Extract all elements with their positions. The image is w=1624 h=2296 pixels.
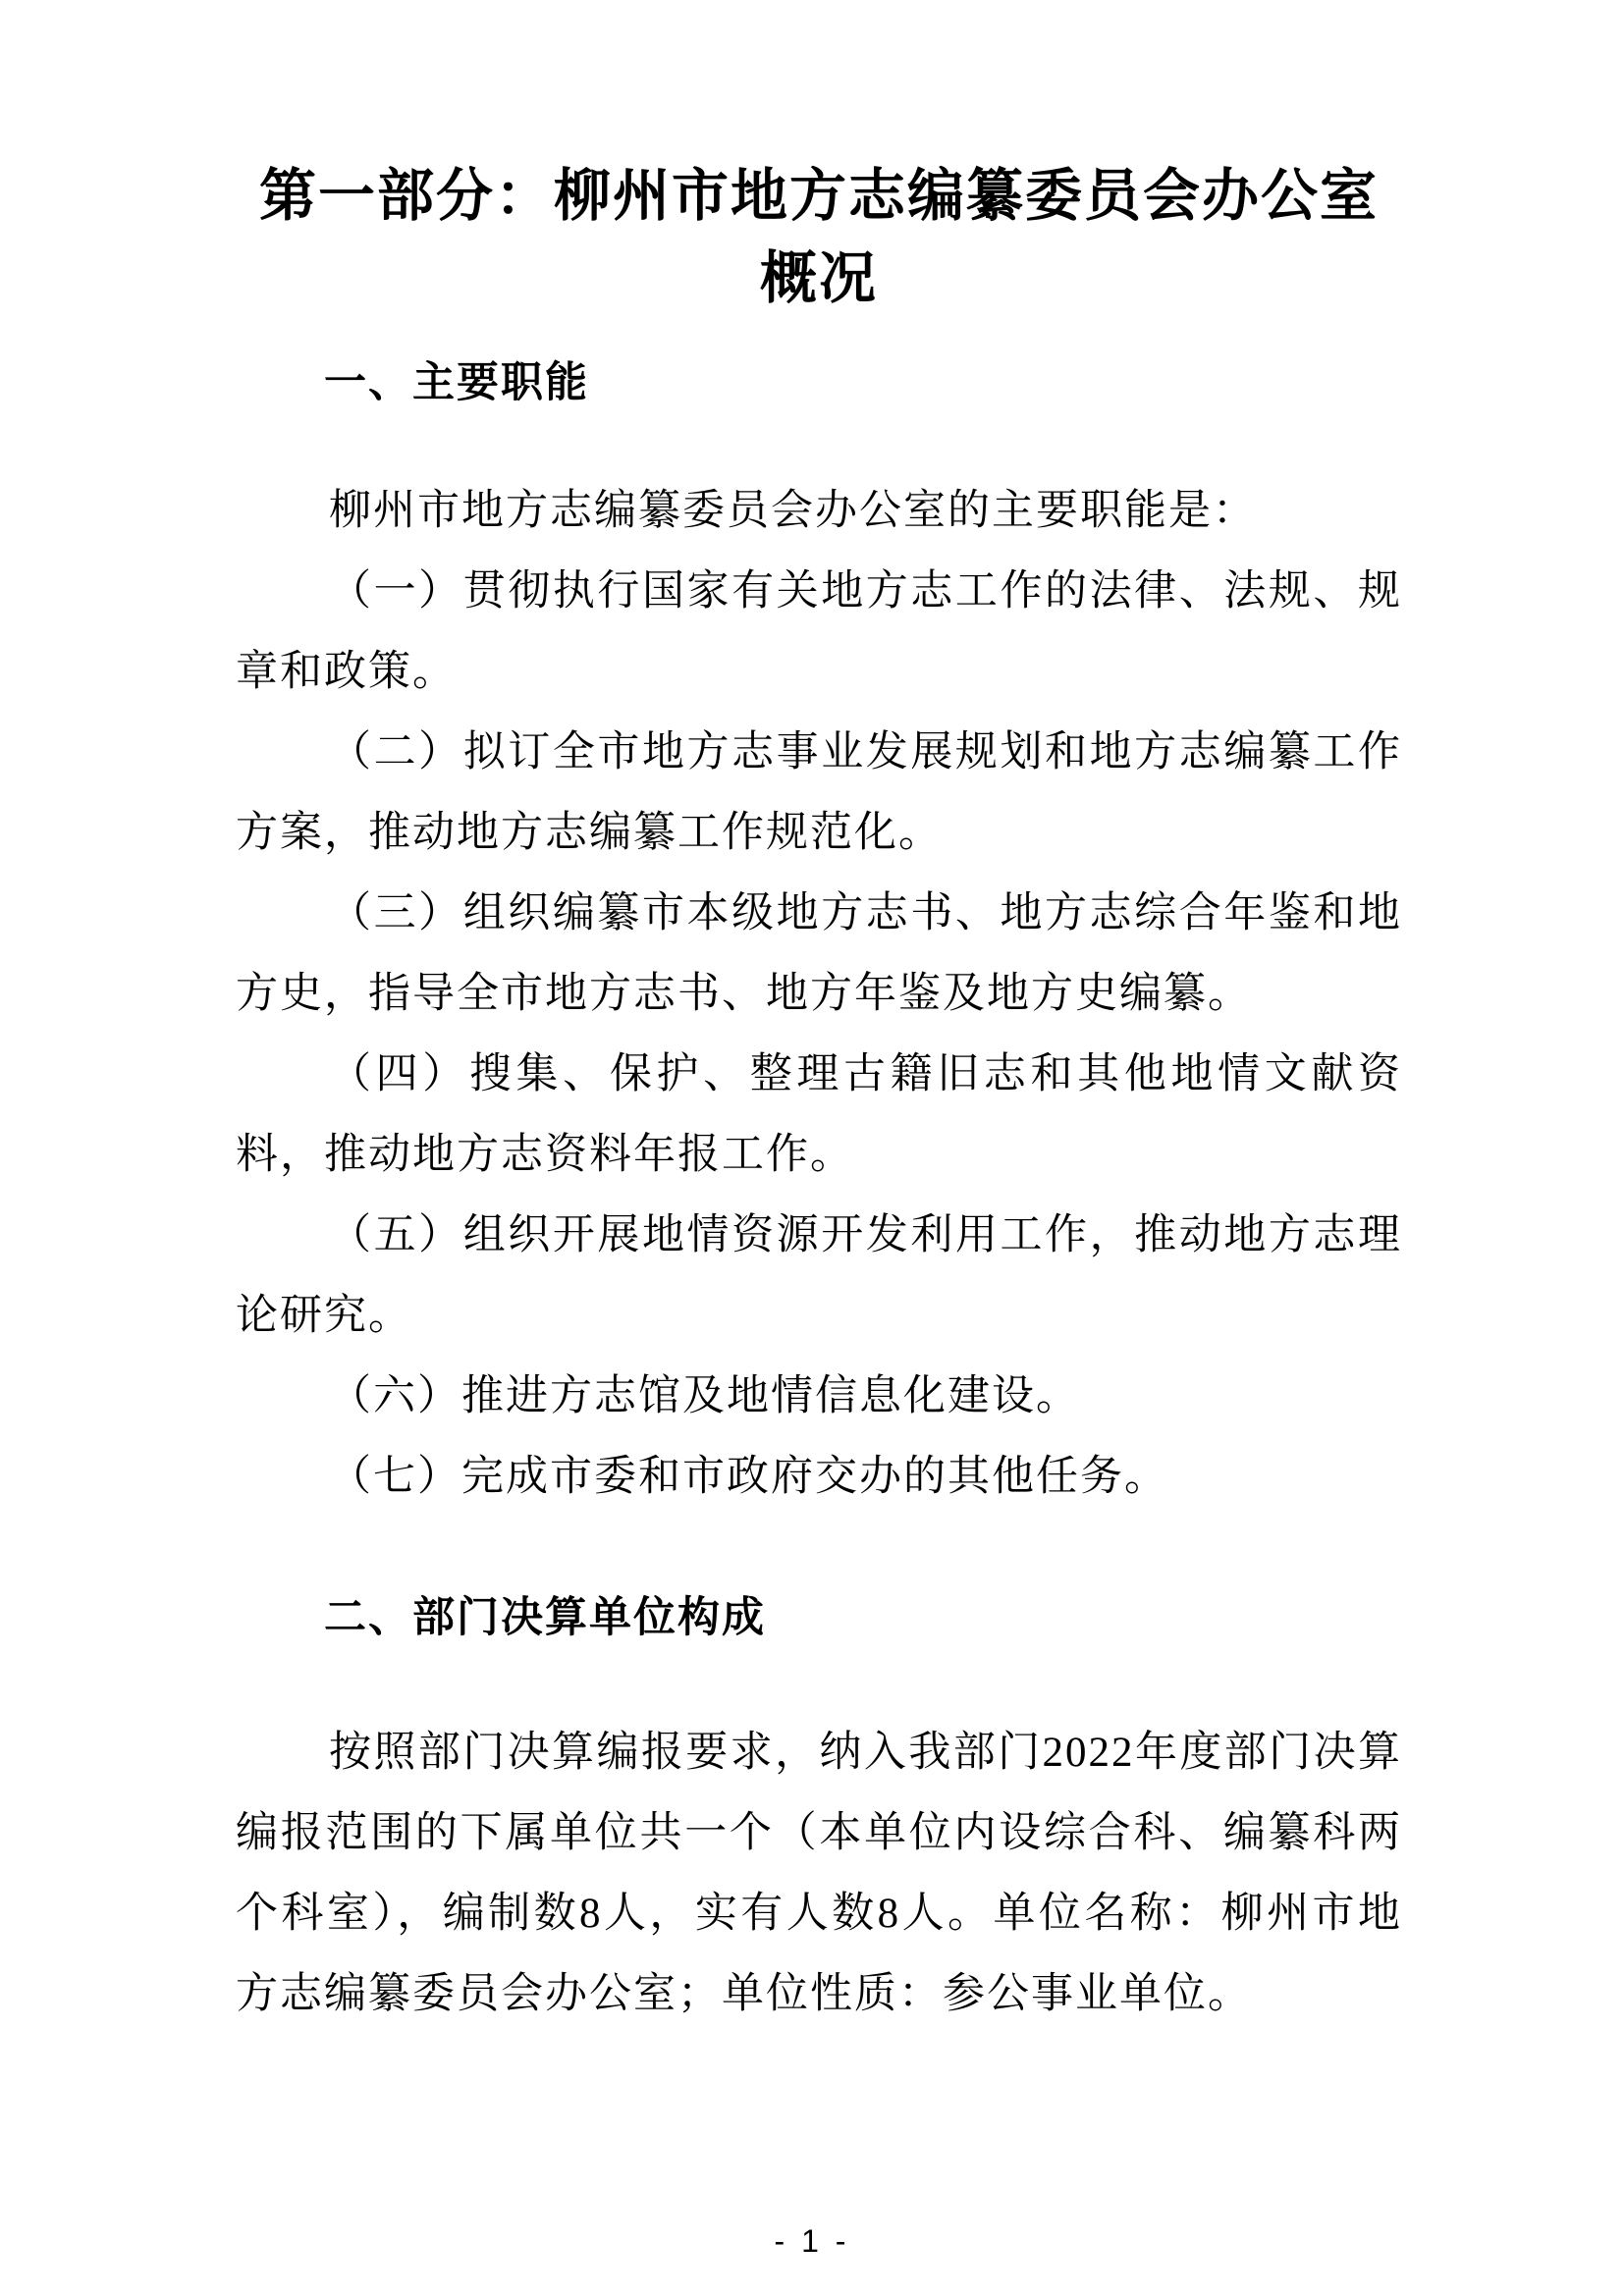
- paragraph-function-6: （六）推进方志馆及地情信息化建设。: [236, 1357, 1402, 1437]
- paragraph-unit-composition: 按照部门决算编报要求，纳入我部门2022年度部门决算编报范围的下属单位共一个（本…: [236, 1713, 1402, 2035]
- document-title-line-1: 第一部分：柳州市地方志编纂委员会办公室: [236, 155, 1402, 238]
- paragraph-function-2: （二）拟订全市地方志事业发展规划和地方志编纂工作方案，推动地方志编纂工作规范化。: [236, 713, 1402, 874]
- section-heading-main-functions: 一、主要职能: [236, 353, 1402, 412]
- page-number: - 1 -: [0, 2221, 1624, 2261]
- document-page: 第一部分：柳州市地方志编纂委员会办公室 概况 一、主要职能 柳州市地方志编纂委员…: [0, 0, 1624, 2296]
- paragraph-intro: 柳州市地方志编纂委员会办公室的主要职能是：: [236, 471, 1402, 552]
- paragraph-function-4: （四）搜集、保护、整理古籍旧志和其他地情文献资料，推动地方志资料年报工作。: [236, 1035, 1402, 1196]
- paragraph-function-1: （一）贯彻执行国家有关地方志工作的法律、法规、规章和政策。: [236, 552, 1402, 713]
- document-title: 第一部分：柳州市地方志编纂委员会办公室 概况: [236, 0, 1402, 320]
- document-title-line-2: 概况: [236, 238, 1402, 320]
- paragraph-function-7: （七）完成市委和市政府交办的其他任务。: [236, 1437, 1402, 1518]
- document-content: 第一部分：柳州市地方志编纂委员会办公室 概况 一、主要职能 柳州市地方志编纂委员…: [236, 0, 1402, 2035]
- paragraph-function-5: （五）组织开展地情资源开发利用工作，推动地方志理论研究。: [236, 1196, 1402, 1357]
- paragraph-function-3: （三）组织编纂市本级地方志书、地方志综合年鉴和地方史，指导全市地方志书、地方年鉴…: [236, 874, 1402, 1035]
- section-heading-unit-composition: 二、部门决算单位构成: [236, 1588, 1402, 1647]
